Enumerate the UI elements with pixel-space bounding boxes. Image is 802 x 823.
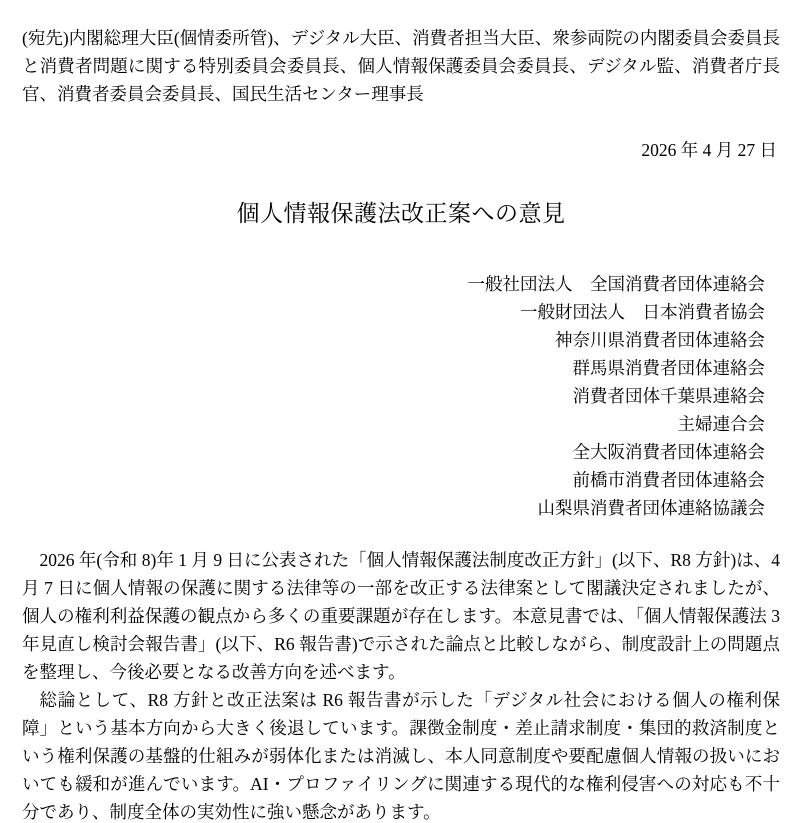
organization-name: 神奈川県消費者団体連絡会 <box>22 326 765 354</box>
organization-name: 一般財団法人 日本消費者協会 <box>22 298 765 326</box>
document-body: 2026 年(令和 8)年 1 月 9 日に公表された「個人情報保護法制度改正方… <box>22 546 780 823</box>
addressee-block: (宛先)内閣総理大臣(個情委所管)、デジタル大臣、消費者担当大臣、衆参両院の内閣… <box>22 24 780 108</box>
organization-name: 主婦連合会 <box>22 410 765 438</box>
document-title: 個人情報保護法改正案への意見 <box>22 198 780 230</box>
organization-name: 消費者団体千葉県連絡会 <box>22 382 765 410</box>
signatory-organization-list: 一般社団法人 全国消費者団体連絡会 一般財団法人 日本消費者協会 神奈川県消費者… <box>22 270 780 522</box>
organization-name: 山梨県消費者団体連絡協議会 <box>22 494 765 522</box>
body-paragraph: 総論として、R8 方針と改正法案は R6 報告書が示した「デジタル社会における個… <box>22 686 780 823</box>
organization-name: 群馬県消費者団体連絡会 <box>22 354 765 382</box>
organization-name: 前橋市消費者団体連絡会 <box>22 466 765 494</box>
body-paragraph: 2026 年(令和 8)年 1 月 9 日に公表された「個人情報保護法制度改正方… <box>22 546 780 686</box>
organization-name: 全大阪消費者団体連絡会 <box>22 438 765 466</box>
document-date: 2026 年 4 月 27 日 <box>22 136 777 164</box>
organization-name: 一般社団法人 全国消費者団体連絡会 <box>22 270 765 298</box>
document-page: (宛先)内閣総理大臣(個情委所管)、デジタル大臣、消費者担当大臣、衆参両院の内閣… <box>0 0 802 823</box>
